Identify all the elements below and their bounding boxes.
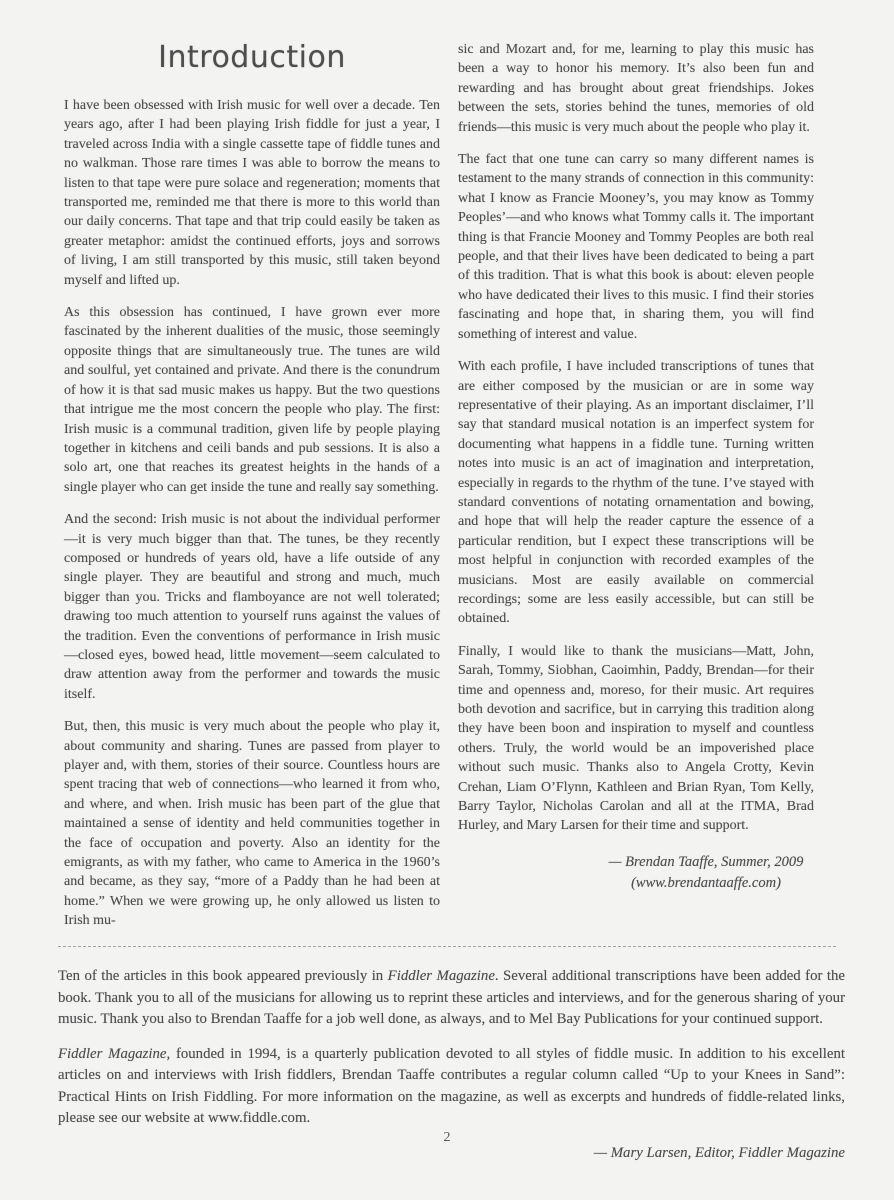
body-paragraph: Finally, I would like to thank the music… — [458, 642, 814, 836]
footer-text: Ten of the articles in this book appeare… — [58, 968, 388, 984]
body-paragraph: And the second: Irish music is not about… — [64, 510, 440, 704]
left-column: I have been obsessed with Irish music fo… — [64, 96, 440, 944]
body-paragraph: As this obsession has continued, I have … — [64, 303, 440, 497]
body-paragraph: sic and Mozart and, for me, learning to … — [458, 40, 814, 137]
author-signature-line: — Brendan Taaffe, Summer, 2009 — [598, 852, 814, 873]
body-paragraph: I have been obsessed with Irish music fo… — [64, 96, 440, 290]
page-title: Introduction — [64, 40, 440, 75]
magazine-name: Fiddler Magazine — [388, 968, 495, 984]
body-paragraph: But, then, this music is very much about… — [64, 717, 440, 930]
right-column: sic and Mozart and, for me, learning to … — [458, 40, 814, 894]
footer-paragraph: Fiddler Magazine, founded in 1994, is a … — [58, 1044, 845, 1130]
author-signature-url: (www.brendantaaffe.com) — [598, 873, 814, 894]
page-number: 2 — [0, 1130, 894, 1146]
footer-divider — [58, 946, 836, 947]
magazine-name: Fiddler Magazine — [58, 1046, 167, 1062]
author-signature: — Brendan Taaffe, Summer, 2009 (www.bren… — [598, 852, 814, 894]
footer-paragraph: Ten of the articles in this book appeare… — [58, 966, 845, 1031]
body-paragraph: With each profile, I have included trans… — [458, 357, 814, 629]
footer-text: , founded in 1994, is a quarterly public… — [58, 1046, 845, 1127]
body-paragraph: The fact that one tune can carry so many… — [458, 150, 814, 344]
scanned-book-page: Introduction I have been obsessed with I… — [0, 0, 894, 1200]
